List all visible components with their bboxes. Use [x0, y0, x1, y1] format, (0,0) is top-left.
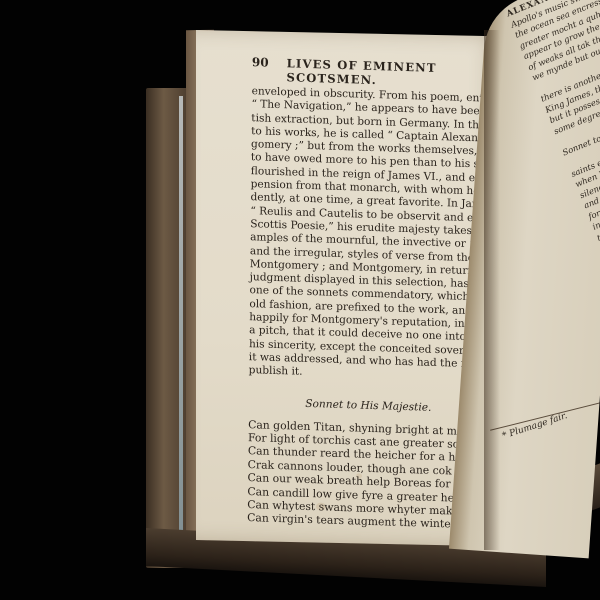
running-head-title: LIVES OF EMINENT SCOTSMEN. [286, 56, 492, 90]
gutter-shadow [484, 30, 500, 550]
cover-edge-paper [179, 96, 183, 556]
book-back-cover [146, 88, 190, 568]
footnote: * Plumage fair. [501, 411, 568, 441]
right-page-text: ALEXANDER MONTGO Apollo's music sweit ; … [505, 0, 600, 361]
sonnet-title: Sonnet to His Majestie. [248, 396, 488, 416]
photo-background: 90 LIVES OF EMINENT SCOTSMEN. enveloped … [0, 0, 600, 600]
body-paragraph: enveloped in obscurity. From his poem, e… [249, 85, 492, 385]
page-number: 90 [252, 55, 269, 70]
